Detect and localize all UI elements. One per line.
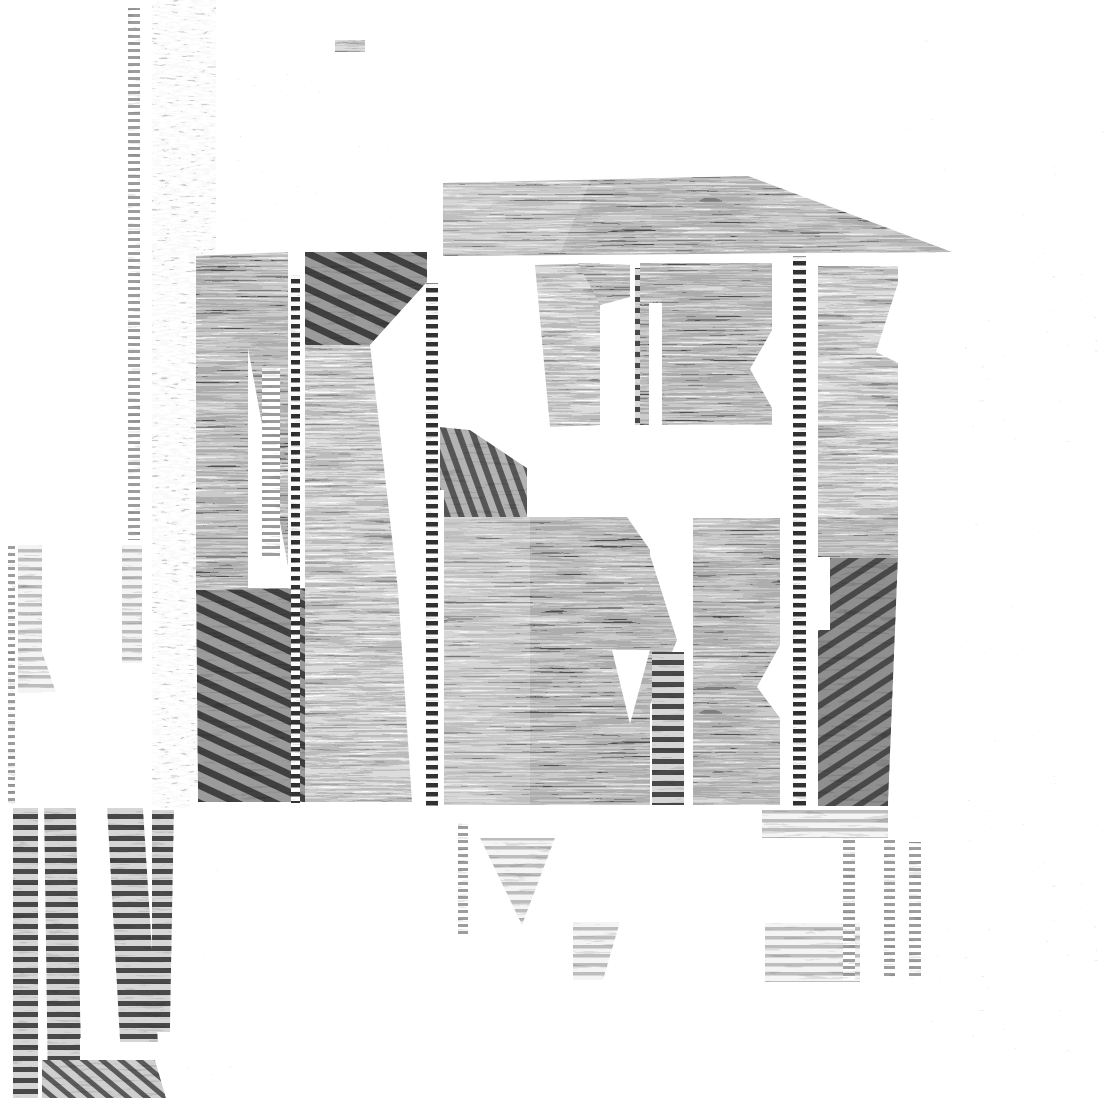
shape-cut-slit-d (649, 303, 662, 425)
shape-left-thin-barcode (8, 545, 15, 805)
shape-central-tone (444, 517, 530, 805)
shape-col-e (693, 518, 780, 805)
shape-barcode-central (426, 283, 438, 806)
shape-barcode-right (793, 256, 806, 806)
shape-top-mid-speckle (228, 4, 413, 256)
shape-left-band-2 (122, 545, 142, 663)
shape-right-moire-speckle (958, 255, 1103, 810)
shape-faint-dots-3 (884, 838, 895, 980)
shape-faint-dots-4 (909, 842, 921, 980)
shape-bottom-bar-1 (13, 808, 38, 1098)
shape-banded-strip-mid (652, 652, 684, 805)
shape-right-col-mid (818, 520, 898, 558)
shape-fleck-top-mid (335, 40, 365, 52)
glitch-artwork (0, 0, 1109, 1109)
shape-barcode-in-notch-a (262, 368, 280, 558)
shape-cut-slit-right (808, 266, 818, 806)
shape-bottom-bar-2 (44, 808, 82, 1098)
shape-faint-dots-2 (843, 838, 855, 980)
glitch-canvas (0, 0, 1109, 1109)
shape-cut-notch-right (818, 557, 830, 630)
shape-bottom-hatch (42, 1060, 166, 1098)
shape-glyph-column (128, 8, 140, 540)
shape-bottom-right-speckle (902, 808, 1104, 1058)
shape-cut-slit-central (438, 490, 444, 806)
shape-top-right-speckle-1 (893, 6, 959, 176)
shape-layer (6, 0, 1104, 1102)
shape-cut-notch-bars (80, 1038, 100, 1063)
shape-top-right-speckle-2 (1012, 6, 1104, 296)
shape-barcode-gap-ab (291, 275, 300, 803)
shape-right-col-upper (818, 266, 898, 520)
shape-faint-box-top (762, 810, 888, 838)
shape-bottom-mid-speckle (180, 1040, 238, 1098)
shape-faint-dots-1 (458, 822, 468, 934)
